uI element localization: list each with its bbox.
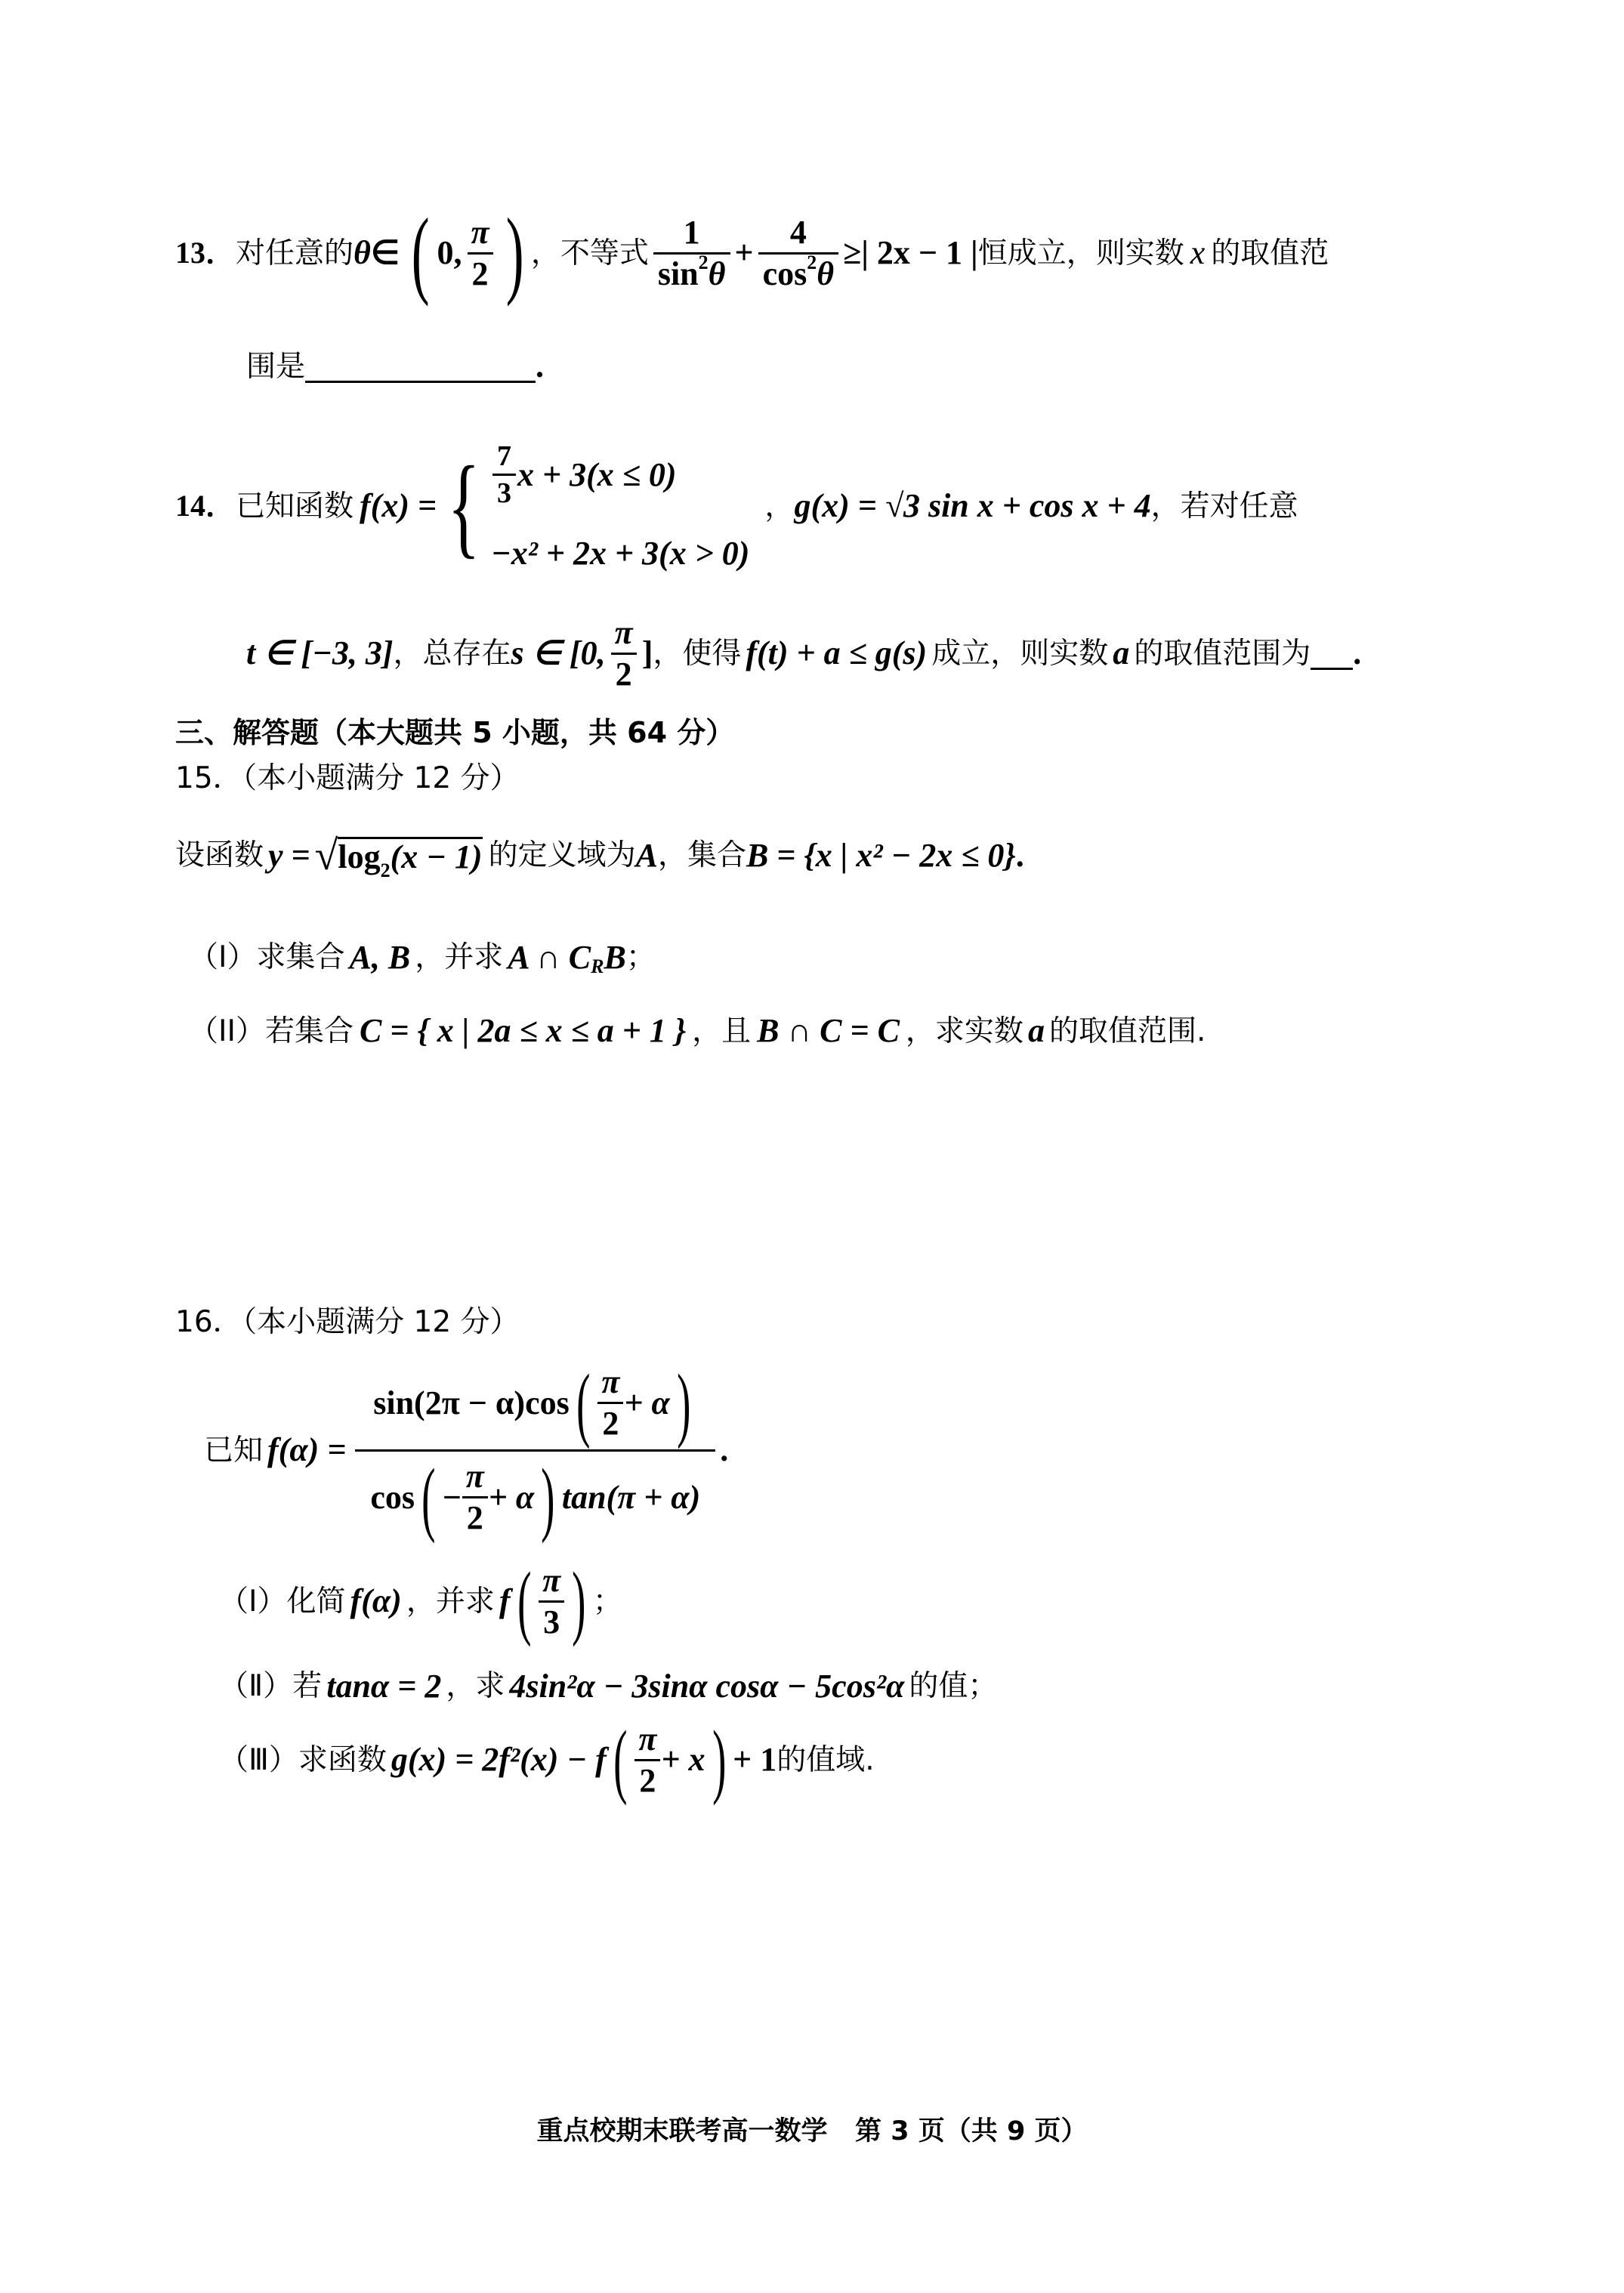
q14-s-range: s ∈ [0, — [511, 637, 606, 670]
q13-abs-expr: ≥| 2x − 1 | — [843, 236, 978, 270]
q14-t-range: t ∈ [−3, 3] — [246, 637, 394, 670]
q14-gx: g(x) = √3 sin x + cos x + 4 — [794, 489, 1150, 523]
q13-prefix: 对任意的 — [236, 239, 354, 268]
q15-stem-end: . — [1016, 839, 1024, 872]
q15-header: 15．（本小题满分 12 分） — [175, 759, 520, 797]
q15-part2: （II） 若集合 C = { x | 2a ≤ x ≤ a + 1 } ，且 B… — [189, 1005, 1206, 1057]
q13-comma-text: ，不等式 — [531, 239, 649, 268]
q13-in: ∈ — [371, 236, 400, 270]
q13-answer-blank[interactable] — [305, 350, 536, 383]
q13-line2-text: 围是 — [246, 352, 305, 381]
q14-prefix: 已知函数 — [236, 492, 354, 521]
q13-var-x: x — [1190, 236, 1206, 270]
q14-suffix: ，若对任意 — [1151, 492, 1298, 521]
q13-frac2: 4 cos2θ — [758, 216, 839, 291]
q13-line1: 13． 对任意的 θ ∈ ( 0, π 2 ) ，不等式 1 sin2θ + 4… — [175, 204, 1329, 302]
section3-title: 三、解答题（本大题共 5 小题，共 64 分） — [175, 714, 734, 751]
q13-number: 13． — [175, 238, 236, 268]
q13-theta: θ — [354, 236, 371, 270]
page-footer: 重点校期末联考高一数学 第 3 页（共 9 页） — [0, 2115, 1624, 2149]
q16-main-fraction: sin(2π − α)cos ( π2 + α ) cos ( − π2 + α… — [355, 1362, 715, 1539]
q14-text-d: 的取值范围为 — [1134, 639, 1311, 668]
q15-part1: （I） 求集合 A, B ，并求 A ∩ CRB ； — [189, 937, 656, 978]
q13-pi-over-2: π 2 — [466, 216, 493, 291]
q14-brace: { — [447, 449, 480, 563]
q13-period: . — [536, 350, 544, 383]
q14-fx: f(x) = — [360, 489, 437, 523]
q15-stem-a: 设函数 — [175, 841, 264, 870]
q15-stem: 设函数 y = √ log2(x − 1) 的定义域为 A ，集合 B = {x… — [175, 827, 1024, 884]
q14-var-a: a — [1113, 637, 1129, 670]
q16-stem-end: . — [720, 1434, 728, 1467]
q14-sep: ， — [764, 492, 794, 521]
q16-part2: （Ⅱ） 若 tanα = 2 ，求 4sin²α − 3sinα cosα − … — [219, 1665, 997, 1707]
q14-period: . — [1353, 637, 1361, 670]
q14-inequality: f(t) + a ≤ g(s) — [746, 637, 927, 670]
q15-stem-b: 的定义域为 — [489, 841, 636, 870]
q13-rparen: ) — [505, 204, 523, 302]
q13-suffix2: 的取值范 — [1211, 239, 1329, 268]
q14-piecewise: 7 3 x + 3(x ≤ 0) −x² + 2x + 3(x > 0) — [491, 442, 749, 570]
q14-piece2: −x² + 2x + 3(x > 0) — [491, 537, 749, 570]
q15-set-B: B = {x | x² − 2x ≤ 0} — [746, 839, 1016, 872]
q14-answer-blank[interactable] — [1311, 637, 1353, 670]
q16-part1: （Ⅰ） 化简 f(α) ，并求 f ( π3 ) ； — [219, 1556, 622, 1646]
q14-number: 14． — [175, 491, 236, 521]
q15-part2-label: （II） — [189, 1017, 265, 1046]
q14-piece1-frac: 7 3 — [492, 442, 516, 508]
q13-lparen: ( — [412, 204, 430, 302]
q15-stem-c: ，集合 — [658, 841, 746, 870]
q16-part1-label: （Ⅰ） — [219, 1587, 287, 1616]
q13-plus: + — [735, 236, 754, 270]
q14-close-bracket: ] — [642, 637, 653, 670]
q14-text-c: 成立，则实数 — [931, 639, 1108, 668]
q13-interval-left: 0, — [437, 236, 462, 270]
q14-text-b: ，使得 — [653, 639, 741, 668]
q16-part3: （Ⅲ） 求函数 g(x) = 2f²(x) − f ( π2 + x ) + 1… — [219, 1714, 875, 1805]
q14-line2: t ∈ [−3, 3] ，总存在 s ∈ [0, π 2 ] ，使得 f(t) … — [246, 604, 1361, 702]
q15-A: A — [636, 839, 658, 872]
q14-piece1: x + 3(x ≤ 0) — [517, 458, 677, 492]
q16-header: 16．（本小题满分 12 分） — [175, 1303, 520, 1341]
q16-stem: 已知 f(α) = sin(2π − α)cos ( π2 + α ) cos … — [204, 1352, 728, 1548]
q15-part1-label: （I） — [189, 943, 257, 972]
q16-f-alpha: f(α) = — [267, 1434, 346, 1467]
q13-frac1: 1 sin2θ — [653, 216, 730, 291]
q13-line2: 围是 . — [246, 344, 544, 389]
q16-stem-a: 已知 — [204, 1436, 263, 1465]
q14-pi-over-2: π 2 — [610, 616, 638, 691]
q15-sqrt: √ — [315, 835, 338, 877]
q15-radicand: log2(x − 1) — [338, 837, 482, 874]
q14-line1: 14． 已知函数 f(x) = { 7 3 x + 3(x ≤ 0) −x² +… — [175, 434, 1298, 578]
q16-part2-label: （Ⅱ） — [219, 1671, 292, 1701]
q15-y: y = — [268, 839, 310, 872]
q14-text-a: ，总存在 — [394, 639, 511, 668]
q16-part3-label: （Ⅲ） — [219, 1745, 298, 1775]
q13-suffix: 恒成立，则实数 — [978, 239, 1184, 268]
